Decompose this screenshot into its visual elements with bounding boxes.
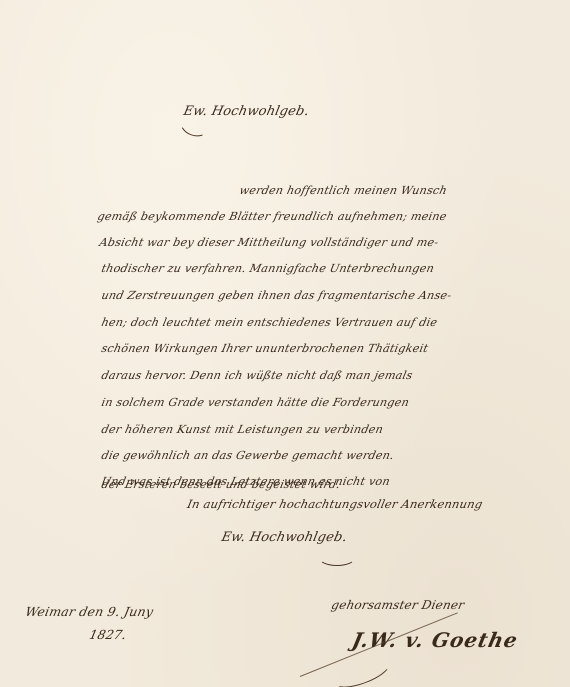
letter-paper: Ew. Hochwohlgeb. werden hoffentlich mein… [0, 0, 570, 687]
body-line-1: werden hoffentlich meinen Wunsch [238, 184, 448, 198]
place-date: Weimar den 9. Juny [24, 604, 155, 619]
body-line-6: hen; doch leuchtet mein entschiedenes Ve… [100, 316, 439, 330]
body-line-11: die gewöhnlich an das Gewerbe gemacht we… [100, 449, 395, 463]
body-line-2: gemäß beykommende Blätter freundlich auf… [96, 210, 448, 224]
body-line-4: thodischer zu verfahren. Mannigfache Unt… [100, 262, 435, 276]
body-line-5: und Zerstreuungen geben ihnen das fragme… [100, 289, 453, 303]
signature-flourish [328, 650, 394, 687]
year: 1827. [88, 627, 128, 642]
body-line-7: schönen Wirkungen Ihrer ununterbrochenen… [100, 342, 429, 356]
body-line-3: Absicht war bey dieser Mittheilung volls… [98, 236, 440, 250]
body-line-13: der Ersteren beseelt und begeistet wird. [100, 478, 342, 492]
body-line-9: in solchem Grade verstanden hätte die Fo… [100, 396, 410, 410]
subscription: gehorsamster Diener [330, 598, 466, 612]
body-line-8: daraus hervor. Denn ich wüßte nicht daß … [100, 369, 414, 383]
signature: J.W. v. Goethe [350, 628, 520, 652]
body-line-10: der höheren Kunst mit Leistungen zu verb… [100, 423, 384, 437]
closing-flourish [318, 548, 356, 566]
closing-address: Ew. Hochwohlgeb. [220, 530, 349, 545]
closing-phrase: In aufrichtiger hochachtungsvoller Anerk… [186, 497, 484, 511]
